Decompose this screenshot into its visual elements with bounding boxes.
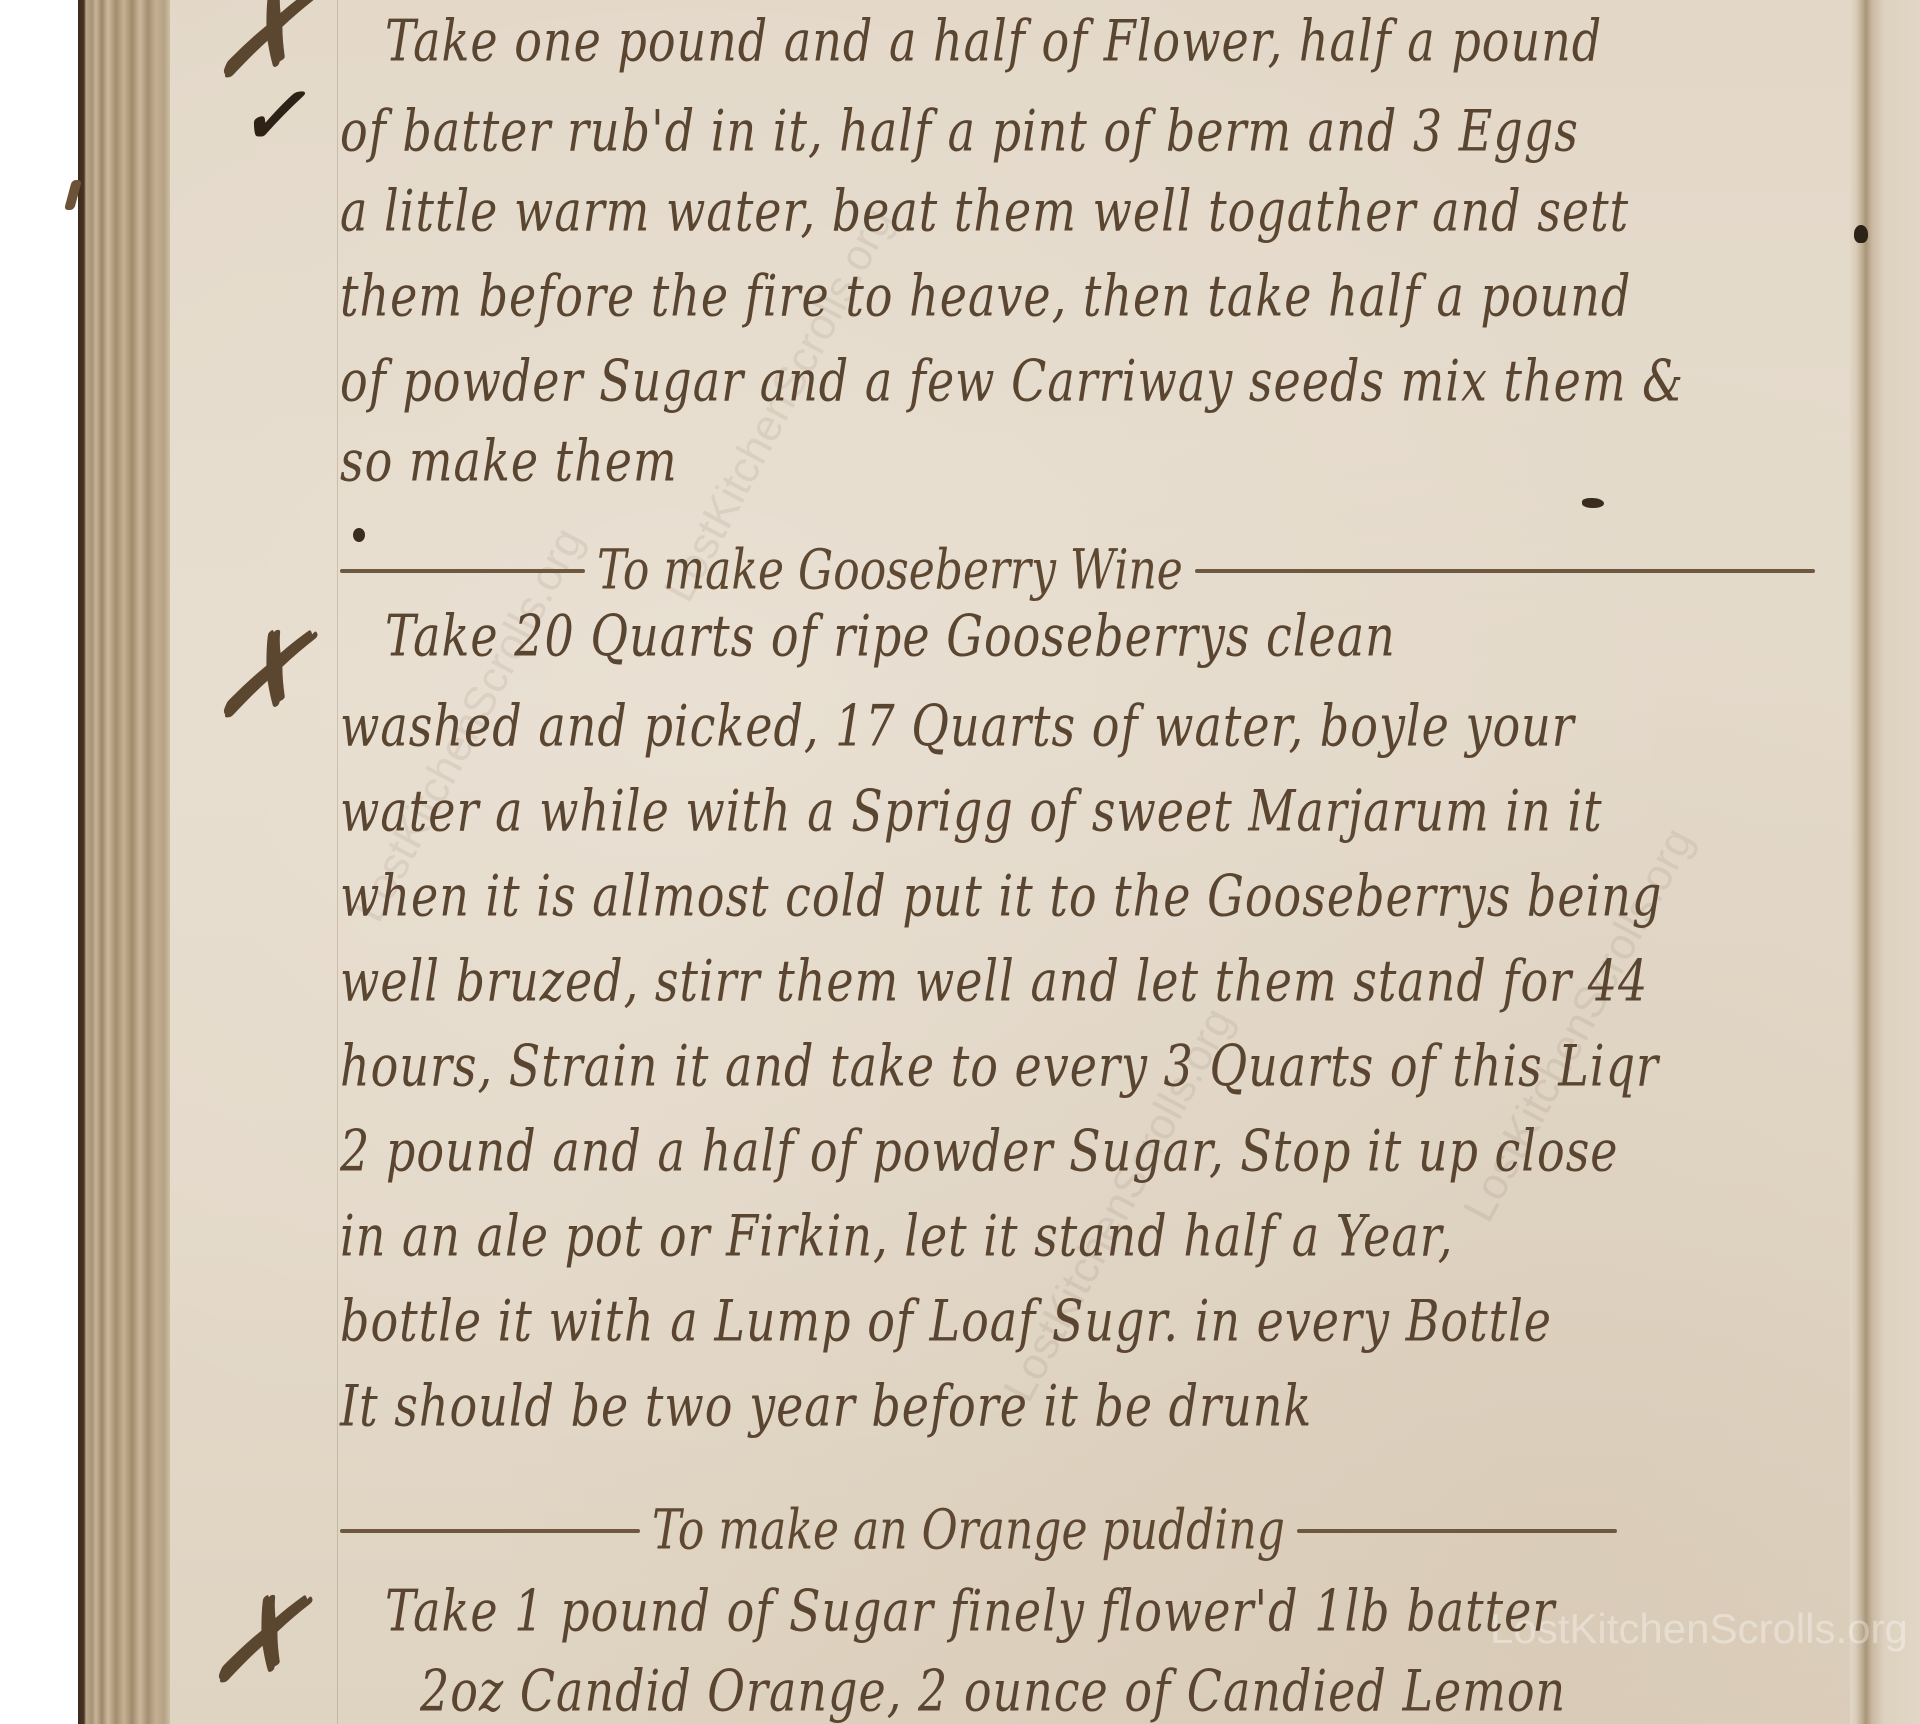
- recipe-line: Take one pound and a half of Flower, hal…: [385, 7, 1885, 75]
- recipe-line: in an ale pot or Firkin, let it stand ha…: [340, 1202, 1840, 1270]
- margin-rule: [337, 0, 338, 1724]
- recipe-line: well bruzed, stirr them well and let the…: [340, 947, 1840, 1015]
- recipe-line: water a while with a Sprigg of sweet Mar…: [340, 777, 1840, 845]
- ink-blot: [1582, 498, 1604, 508]
- heading-rule-right: [1297, 1529, 1617, 1533]
- recipe-line: 2oz Candid Orange, 2 ounce of Candied Le…: [420, 1657, 1920, 1724]
- recipe-line: bottle it with a Lump of Loaf Sugr. in e…: [340, 1287, 1840, 1355]
- heading-rule-right: [1195, 569, 1815, 573]
- heading-rule-left: [340, 1529, 640, 1533]
- recipe-line: of powder Sugar and a few Carriway seeds…: [340, 347, 1840, 415]
- recipe-heading: To make Gooseberry Wine: [340, 545, 1815, 596]
- recipe-line: them before the fire to heave, then take…: [340, 262, 1840, 330]
- recipe-line: washed and picked, 17 Quarts of water, b…: [340, 692, 1840, 760]
- recipe-line: so make them: [340, 427, 1840, 495]
- recipe-line: when it is allmost cold put it to the Go…: [340, 862, 1840, 930]
- book-gutter: [1850, 0, 1920, 1724]
- ink-blot: [353, 528, 365, 542]
- recipe-heading: To make an Orange pudding: [340, 1505, 1815, 1556]
- binding-hole: [1854, 225, 1868, 243]
- cross-mark-icon: ✗: [206, 603, 316, 747]
- recipe-line: 2 pound and a half of powder Sugar, Stop…: [340, 1117, 1840, 1185]
- recipe-line: Take 20 Quarts of ripe Gooseberrys clean: [385, 602, 1885, 670]
- recipe-line: hours, Strain it and take to every 3 Qua…: [340, 1032, 1840, 1100]
- recipe-title: To make Gooseberry Wine: [597, 539, 1183, 603]
- heading-rule-left: [340, 569, 585, 573]
- recipe-line: of batter rub'd in it, half a pint of be…: [340, 97, 1840, 165]
- recipe-line: a little warm water, beat them well toga…: [340, 177, 1840, 245]
- book-page-edges: [78, 0, 170, 1724]
- recipe-title: To make an Orange pudding: [652, 1499, 1285, 1563]
- cross-mark-icon: ✗: [201, 1568, 311, 1712]
- recipe-line: Take 1 pound of Sugar finely flower'd 1l…: [385, 1577, 1885, 1645]
- check-mark-icon: ✓: [238, 75, 305, 155]
- recipe-line: It should be two year before it be drunk: [340, 1372, 1840, 1440]
